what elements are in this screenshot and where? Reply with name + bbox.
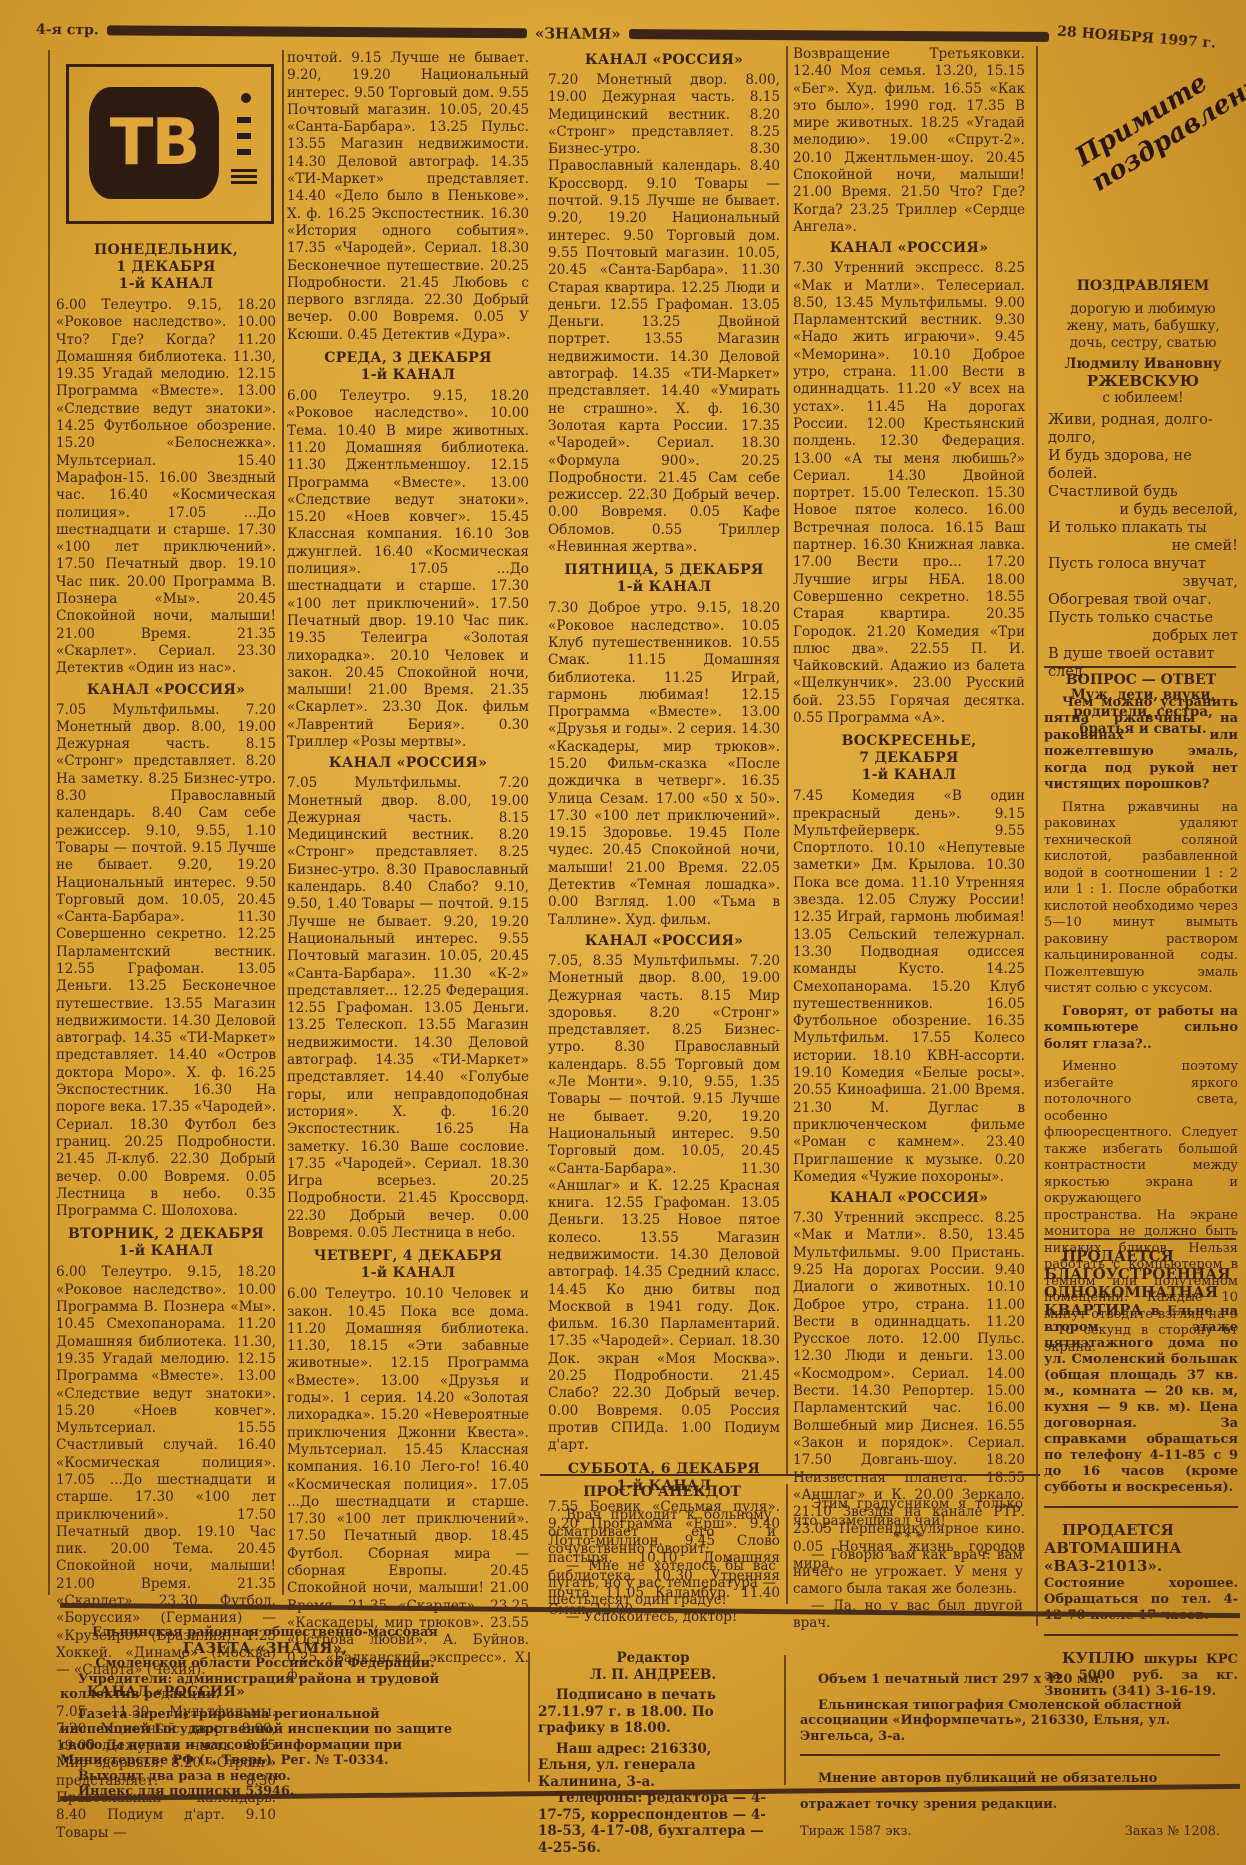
program-listing: 7.05 Мультфильмы. 7.20 Монетный двор. 8.… xyxy=(56,702,276,1221)
registration: Газета зарегистрирована региональной инс… xyxy=(60,1707,470,1769)
column-divider xyxy=(784,1655,786,1785)
poem-line: звучат, xyxy=(1048,573,1238,591)
program-listing: почтой. 9.15 Лучше не бывает. 9.20, 19.2… xyxy=(287,50,529,344)
publisher-line: Смоленской области Российской Федерации. xyxy=(60,1656,470,1672)
poem-line: Живи, родная, долго-долго, xyxy=(1048,411,1238,447)
day-heading: ПОНЕДЕЛЬНИК, 1 ДЕКАБРЯ 1-й КАНАЛ xyxy=(56,242,276,293)
anecdote-paragraph: — Мне не хотелось бы вас пугать, но у ва… xyxy=(548,1558,776,1609)
imprint-editor: Редактор Л. П. АНДРЕЕВ. Подписано в печа… xyxy=(538,1650,768,1856)
tv-button-icon xyxy=(237,149,251,155)
tv-speaker-icon xyxy=(231,175,257,178)
day-heading: ВТОРНИК, 2 ДЕКАБРЯ 1-й КАНАЛ xyxy=(56,1226,276,1260)
section-divider xyxy=(1044,1238,1236,1240)
column-divider xyxy=(1036,46,1038,1626)
tv-set-icon: ТВ xyxy=(66,64,274,224)
publisher-line: ГАЗЕТА «ЗНАМЯ», xyxy=(60,1641,470,1657)
masthead: 4-я стр. «ЗНАМЯ» 28 НОЯБРЯ 1997 г. xyxy=(36,18,1216,50)
greeting-poem: Живи, родная, долго-долго,И будь здорова… xyxy=(1048,411,1238,681)
newspaper-name: «ЗНАМЯ» xyxy=(535,24,621,43)
masthead-rule xyxy=(107,25,527,38)
printer: Ельнинская типография Смоленской областн… xyxy=(800,1698,1220,1745)
poem-line: И только плакать ты xyxy=(1048,519,1238,537)
anecdote-separator: * * * xyxy=(793,1530,1023,1547)
greeting: ПОЗДРАВЛЯЕМ дорогую и любимую жену, мать… xyxy=(1048,278,1238,738)
greeting-card-illustration: Примите поздравления! xyxy=(1064,60,1232,260)
schedule-column-2: почтой. 9.15 Лучше не бывает. 9.20, 19.2… xyxy=(287,50,529,1684)
page-number: 4-я стр. xyxy=(36,22,99,38)
program-listing: Возвращение Третьяковки. 12.40 Моя семья… xyxy=(793,46,1025,236)
anecdote-paragraph: — Говорю вам как врач: вам ничего не угр… xyxy=(793,1547,1023,1598)
qa-answer: Пятна ржавчины на раковинах удаляют техн… xyxy=(1044,800,1238,998)
anecdote-title: ПРОСТО АНЕКДОТ xyxy=(548,1484,776,1501)
tv-logo: ТВ xyxy=(89,87,219,199)
section-divider xyxy=(800,1754,1220,1756)
schedule-column-4: Возвращение Третьяковки. 12.40 Моя семья… xyxy=(793,46,1025,1573)
program-listing: 7.30 Утренний экспресс. 8.25 «Мак и Матл… xyxy=(793,260,1025,727)
anecdote-paragraph: Этим градусником я только что размешивал… xyxy=(793,1496,1023,1530)
poem-line: добрых лет xyxy=(1048,627,1238,645)
poem-line: Пусть голоса внучат xyxy=(1048,555,1238,573)
greeting-script: Примите поздравления! xyxy=(1070,62,1237,198)
imprint-printing: Объем 1 печатный лист 297 х 420 мм. Ельн… xyxy=(800,1672,1220,1840)
program-listing: 7.05 Мультфильмы. 7.20 Монетный двор. 8.… xyxy=(287,775,529,1242)
channel-heading: КАНАЛ «РОССИЯ» xyxy=(56,682,276,699)
editorial-phones: Телефоны: редактора — 4-17-75, корреспон… xyxy=(538,1790,768,1856)
editor-name: Л. П. АНДРЕЕВ. xyxy=(538,1667,768,1684)
program-listing: 7.20 Монетный двор. 8.00, 19.00 Дежурная… xyxy=(548,72,780,556)
circulation: Тираж 1587 экз. xyxy=(800,1824,912,1840)
tv-button-icon xyxy=(237,133,251,139)
print-volume: Объем 1 печатный лист 297 х 420 мм. xyxy=(800,1672,1220,1688)
section-divider xyxy=(540,1474,1040,1476)
subscription-index: Индекс для подписки 53946. xyxy=(60,1784,470,1800)
schedule-column-3: КАНАЛ «РОССИЯ»7.20 Монетный двор. 8.00, … xyxy=(548,48,780,1620)
poem-line: И будь здорова, не болей. xyxy=(1048,447,1238,483)
frequency: Выходит два раза в неделю. xyxy=(60,1769,470,1785)
day-heading: ВОСКРЕСЕНЬЕ, 7 ДЕКАБРЯ 1-й КАНАЛ xyxy=(793,733,1025,784)
program-listing: 7.30 Доброе утро. 9.15, 18.20 «Роковое н… xyxy=(548,600,780,929)
poem-line: Обогревая твой очаг. xyxy=(1048,591,1238,609)
poem-line: и будь веселой, xyxy=(1048,501,1238,519)
channel-heading: КАНАЛ «РОССИЯ» xyxy=(793,240,1025,257)
tv-speaker-icon xyxy=(231,169,257,172)
tv-button-icon xyxy=(237,117,251,123)
day-heading: СРЕДА, 3 ДЕКАБРЯ 1-й КАНАЛ xyxy=(287,350,529,384)
tv-knob-icon xyxy=(241,93,251,103)
classified-ads: ПРОДАЕТСЯ БЛАГОУСТРОЕННАЯ ОДНОКОМНАТНАЯ … xyxy=(1044,1248,1238,1724)
qa-question: Чем можно устранить пятна ржавчины на ра… xyxy=(1044,695,1238,794)
classified-ad: ПРОДАЕТСЯ АВТОМАШИНА «ВАЗ-21013». Состоя… xyxy=(1044,1522,1238,1636)
disclaimer: Мнение авторов публикаций не обязательно… xyxy=(800,1766,1220,1818)
qa-title: ВОПРОС — ОТВЕТ xyxy=(1044,672,1238,689)
column-divider xyxy=(48,50,50,1595)
masthead-rule xyxy=(629,29,1049,42)
column-divider xyxy=(786,46,788,1476)
day-heading: ЧЕТВЕРГ, 4 ДЕКАБРЯ 1-й КАНАЛ xyxy=(287,1248,529,1282)
signed-to-print: Подписано в печать 27.11.97 г. в 18.00. … xyxy=(538,1687,768,1737)
ad-body: в Ельне на втором этаже пятиэтажного дом… xyxy=(1044,1304,1238,1495)
issue-date: 28 НОЯБРЯ 1997 г. xyxy=(1056,23,1216,51)
program-listing: 6.00 Телеутро. 9.15, 18.20 «Роковое насл… xyxy=(287,388,529,751)
greeting-occasion: с юбилеем! xyxy=(1048,390,1238,407)
program-listing: 7.05, 8.35 Мультфильмы. 7.20 Монетный дв… xyxy=(548,953,780,1455)
ad-lead: ПРОДАЕТСЯ АВТОМАШИНА «ВАЗ-21013». xyxy=(1044,1521,1182,1575)
section-divider xyxy=(1044,666,1236,668)
poem-line: не смей! xyxy=(1048,537,1238,555)
column-divider xyxy=(282,50,284,1595)
ad-lead: КУПЛЮ xyxy=(1062,1649,1144,1667)
greeting-surname: РЖЕВСКУЮ xyxy=(1048,373,1238,390)
greeting-intro: дорогую и любимую жену, мать, бабушку, д… xyxy=(1048,301,1238,352)
founders: Учредители: администрация района и трудо… xyxy=(60,1672,470,1703)
schedule-column-1: ПОНЕДЕЛЬНИК, 1 ДЕКАБРЯ 1-й КАНАЛ6.00 Тел… xyxy=(56,236,276,1842)
program-listing: 7.45 Комедия «В один прекрасный день». 9… xyxy=(793,788,1025,1186)
classified-ad: ПРОДАЕТСЯ БЛАГОУСТРОЕННАЯ ОДНОКОМНАТНАЯ … xyxy=(1044,1248,1238,1508)
channel-heading: КАНАЛ «РОССИЯ» xyxy=(793,1190,1025,1207)
channel-heading: КАНАЛ «РОССИЯ» xyxy=(548,52,780,69)
greeting-title: ПОЗДРАВЛЯЕМ xyxy=(1048,278,1238,295)
anecdote-left: ПРОСТО АНЕКДОТ Врач приходит к больному,… xyxy=(548,1484,776,1626)
publisher-lines: Ельнинская районная общественно-массовая… xyxy=(60,1625,470,1672)
channel-heading: КАНАЛ «РОССИЯ» xyxy=(548,933,780,950)
editorial-address: Наш адрес: 216330, Ельня, ул. генерала К… xyxy=(538,1741,768,1791)
program-listing: 6.00 Телеутро. 9.15, 18.20 «Роковое насл… xyxy=(56,1264,276,1679)
column-divider xyxy=(786,1484,788,1604)
imprint-publisher: Ельнинская районная общественно-массовая… xyxy=(60,1625,470,1800)
newspaper-page: 4-я стр. «ЗНАМЯ» 28 НОЯБРЯ 1997 г. ТВ ПО… xyxy=(0,0,1246,1865)
anecdote-paragraph: Врач приходит к больному, осматривает ег… xyxy=(548,1507,776,1558)
channel-heading: КАНАЛ «РОССИЯ» xyxy=(287,755,529,772)
poem-line: Пусть только счастье xyxy=(1048,609,1238,627)
column-divider xyxy=(528,1652,530,1782)
order-number: Заказ № 1208. xyxy=(1125,1824,1220,1840)
tv-speaker-icon xyxy=(231,181,257,184)
poem-line: Счастливой будь xyxy=(1048,483,1238,501)
greeting-name: Людмилу Ивановну xyxy=(1048,356,1238,373)
day-heading: ПЯТНИЦА, 5 ДЕКАБРЯ 1-й КАНАЛ xyxy=(548,562,780,596)
editor-label: Редактор xyxy=(538,1650,768,1667)
program-listing: 6.00 Телеутро. 9.15, 18.20 «Роковое насл… xyxy=(56,297,276,678)
qa-question: Говорят, от работы на компьютере сильно … xyxy=(1044,1004,1238,1054)
